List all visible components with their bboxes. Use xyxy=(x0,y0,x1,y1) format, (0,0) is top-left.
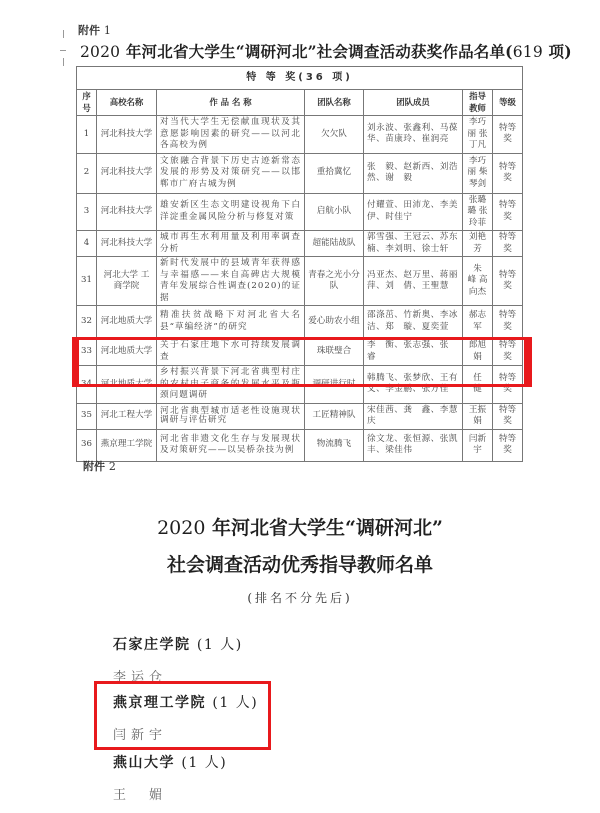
cell-work: 新时代发展中的县域青年获得感与幸福感——来自高碑店大规模青年发展综合性调查(20… xyxy=(157,257,305,306)
cell-no: 31 xyxy=(77,257,97,306)
cell-team: 爱心助农小组 xyxy=(305,306,364,338)
cell-school: 河北地质大学 xyxy=(97,306,157,338)
title-year: 2020 xyxy=(157,517,205,539)
school-name: 燕山大学 xyxy=(113,755,175,771)
cell-level: 特等奖 xyxy=(493,193,523,231)
attachment-label-text: 附件 xyxy=(83,460,105,473)
subtitle-order-note: (排名不分先后) xyxy=(0,589,600,606)
cell-no: 3 xyxy=(77,193,97,231)
cell-school: 河北工程大学 xyxy=(97,403,157,429)
cell-members: 刘永波、张鑫利、马葆华、苗康玲、崔润亮 xyxy=(364,116,463,154)
section-header: 特 等 奖(36 项) xyxy=(77,67,523,90)
page-title-teachers-line1: 2020 年河北省大学生“调研河北” xyxy=(0,513,600,540)
cell-work: 河北省非遗文化生存与发展现状及对策研究——以吴桥杂技为例 xyxy=(157,429,305,461)
attachment-label-text: 附件 xyxy=(78,24,100,37)
cell-school: 河北大学 工商学院 xyxy=(97,257,157,306)
cell-no: 36 xyxy=(77,429,97,461)
cell-no: 4 xyxy=(77,231,97,257)
table-row: 31 河北大学 工商学院 新时代发展中的县域青年获得感与幸福感——来自高碑店大规… xyxy=(77,257,523,306)
cell-advisor: 王振娟 xyxy=(463,403,493,429)
col-header-level: 等级 xyxy=(493,90,523,116)
cell-work: 精准扶贫战略下对河北省大名县“草编经济”的研究 xyxy=(157,306,305,338)
cell-team: 青春之光小分队 xyxy=(305,257,364,306)
cell-team: 欠欠队 xyxy=(305,116,364,154)
cell-no: 32 xyxy=(77,306,97,338)
cell-level: 特等奖 xyxy=(493,306,523,338)
cell-advisor: 郝志军 xyxy=(463,306,493,338)
page-title-awards: 2020 年河北省大学生“调研河北”社会调查活动获奖作品名单(619 项) xyxy=(80,40,572,62)
cell-work: 雄安新区生态文明建设视角下白洋淀重金属风险分析与修复对策 xyxy=(157,193,305,231)
cell-school: 河北科技大学 xyxy=(97,231,157,257)
table-row: 2 河北科技大学 文旅融合背景下历史古迹新常态发展的形势及对策研究——以邯郸市广… xyxy=(77,153,523,193)
cell-members: 冯亚杰、赵万里、蒋丽萍、刘 倩、王聖慧 xyxy=(364,257,463,306)
cell-members: 宋佳茜、龚 鑫、李慧庆 xyxy=(364,403,463,429)
highlight-box-award-row xyxy=(72,337,532,387)
cell-school: 河北科技大学 xyxy=(97,193,157,231)
table-row-highlighted: 36 燕京理工学院 河北省非遗文化生存与发展现状及对策研究——以吴桥杂技为例 物… xyxy=(77,429,523,461)
attachment-number: 1 xyxy=(104,24,111,37)
col-header-team: 团队名称 xyxy=(305,90,364,116)
col-header-school: 高校名称 xyxy=(97,90,157,116)
cell-team: 超能陆战队 xyxy=(305,231,364,257)
title-count: 619 xyxy=(513,43,543,61)
cell-members: 付耀萱、田沛龙、李美伊、时佳宁 xyxy=(364,193,463,231)
cell-team: 重拾冀忆 xyxy=(305,153,364,193)
table-row: 1 河北科技大学 对当代大学生无偿献血现状及其意愿影响因素的研究——以河北各高校… xyxy=(77,116,523,154)
cell-work: 河北省典型城市适老性设施现状调研与评估研究 xyxy=(157,403,305,429)
margin-mark xyxy=(60,50,66,51)
cell-team: 工匠精神队 xyxy=(305,403,364,429)
cell-advisor: 李巧丽 张丁凡 xyxy=(463,116,493,154)
cell-members: 张 毅、赵新西、刘浩然、谢 毅 xyxy=(364,153,463,193)
title-line1: 年河北省大学生“调研河北” xyxy=(205,517,442,539)
cell-level: 特等奖 xyxy=(493,429,523,461)
school-heading: 燕山大学 (1 人) xyxy=(113,752,227,772)
table-row: 35 河北工程大学 河北省典型城市适老性设施现状调研与评估研究 工匠精神队 宋佳… xyxy=(77,403,523,429)
cell-work: 文旅融合背景下历史古迹新常态发展的形势及对策研究——以邯郸市广府古城为例 xyxy=(157,153,305,193)
margin-mark xyxy=(63,30,64,38)
col-header-advisor: 指导教师 xyxy=(463,90,493,116)
cell-work: 对当代大学生无偿献血现状及其意愿影响因素的研究——以河北各高校为例 xyxy=(157,116,305,154)
col-header-members: 团队成员 xyxy=(364,90,463,116)
cell-level: 特等奖 xyxy=(493,116,523,154)
attachment-2-label: 附件 2 xyxy=(83,458,116,474)
margin-mark xyxy=(63,58,64,66)
cell-school: 河北科技大学 xyxy=(97,153,157,193)
cell-advisor: 朱 峰 高向杰 xyxy=(463,257,493,306)
awards-table: 特 等 奖(36 项) 序号 高校名称 作 品 名 称 团队名称 团队成员 指导… xyxy=(76,66,523,462)
school-heading: 石家庄学院 (1 人) xyxy=(113,634,243,654)
cell-members: 郭雪强、王冠云、苏东楠、李刘明、徐士轩 xyxy=(364,231,463,257)
table-row: 4 河北科技大学 城市再生水利用量及利用率调查分析 超能陆战队 郭雪强、王冠云、… xyxy=(77,231,523,257)
cell-team: 物流腾飞 xyxy=(305,429,364,461)
title-main: 年河北省大学生“调研河北”社会调查活动获奖作品名单( xyxy=(120,42,512,61)
cell-level: 特等奖 xyxy=(493,153,523,193)
table-row: 32 河北地质大学 精准扶贫战略下对河北省大名县“草编经济”的研究 爱心助农小组… xyxy=(77,306,523,338)
table-row: 3 河北科技大学 雄安新区生态文明建设视角下白洋淀重金属风险分析与修复对策 启航… xyxy=(77,193,523,231)
highlight-box-teacher xyxy=(94,681,271,750)
cell-level: 特等奖 xyxy=(493,257,523,306)
col-header-no: 序号 xyxy=(77,90,97,116)
teacher-name: 王 媚 xyxy=(113,784,167,803)
table-header-row: 序号 高校名称 作 品 名 称 团队名称 团队成员 指导教师 等级 xyxy=(77,90,523,116)
cell-school: 河北科技大学 xyxy=(97,116,157,154)
school-name: 石家庄学院 xyxy=(113,637,191,653)
cell-no: 35 xyxy=(77,403,97,429)
school-count: (1 人) xyxy=(181,755,227,771)
cell-no: 2 xyxy=(77,153,97,193)
attachment-number: 2 xyxy=(109,460,116,473)
attachment-1-label: 附件 1 xyxy=(78,22,111,38)
cell-level: 特等奖 xyxy=(493,403,523,429)
cell-advisor: 闫新宇 xyxy=(463,429,493,461)
page-title-teachers-line2: 社会调查活动优秀指导教师名单 xyxy=(0,550,600,577)
cell-no: 1 xyxy=(77,116,97,154)
cell-work: 城市再生水利用量及利用率调查分析 xyxy=(157,231,305,257)
cell-advisor: 张璐璐 张玲菲 xyxy=(463,193,493,231)
cell-advisor: 刘艳芳 xyxy=(463,231,493,257)
cell-team: 启航小队 xyxy=(305,193,364,231)
cell-advisor: 李巧丽 柴琴剑 xyxy=(463,153,493,193)
cell-school: 燕京理工学院 xyxy=(97,429,157,461)
title-year: 2020 xyxy=(80,43,120,61)
cell-level: 特等奖 xyxy=(493,231,523,257)
title-end: 项) xyxy=(543,42,572,61)
cell-members: 徐文龙、张恒源、张凯丰、梁佳伟 xyxy=(364,429,463,461)
col-header-work: 作 品 名 称 xyxy=(157,90,305,116)
cell-members: 邵涤茁、竹新奥、李冰洁、郑 璇、夏奕萱 xyxy=(364,306,463,338)
school-count: (1 人) xyxy=(197,637,243,653)
